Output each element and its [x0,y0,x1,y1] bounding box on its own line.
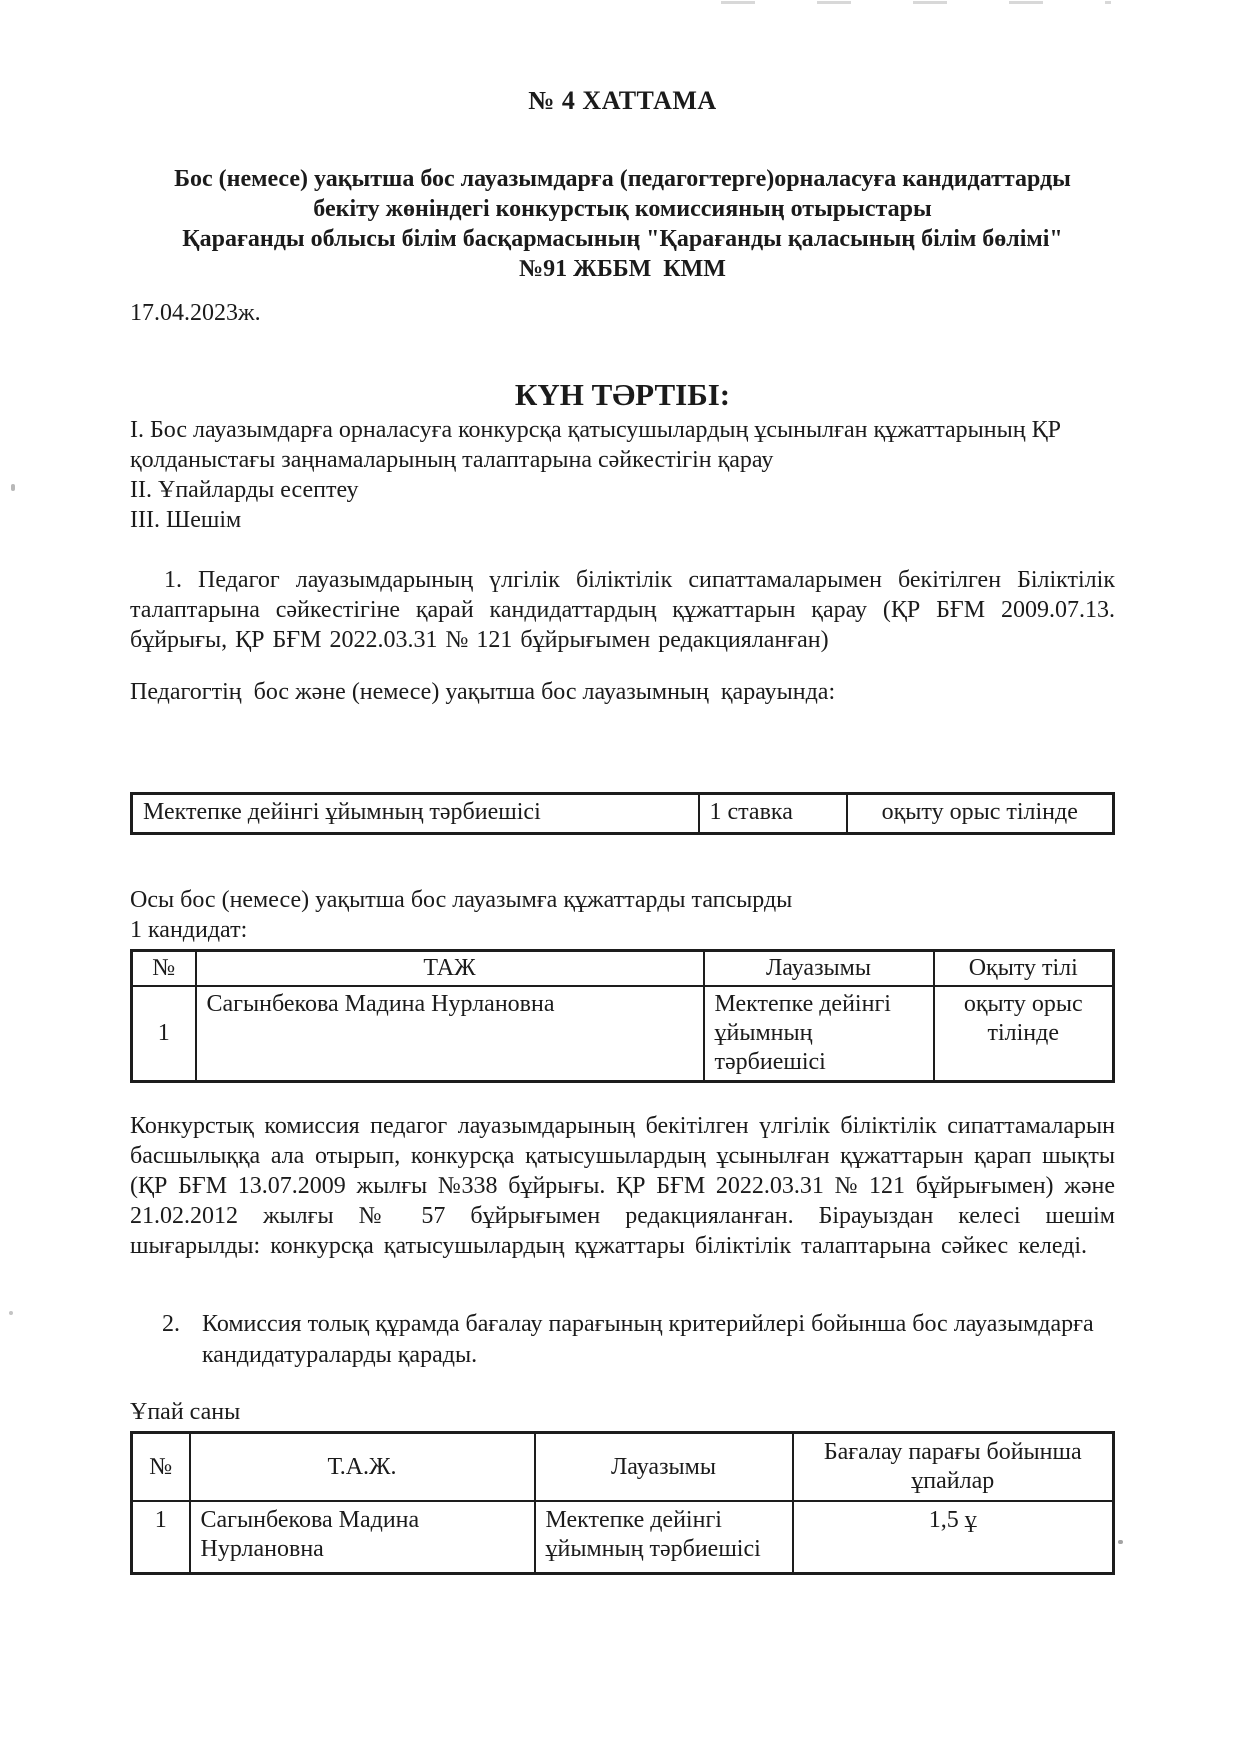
commission-decision-paragraph: Конкурстық комиссия педагог лауазымдарын… [130,1111,1115,1261]
score-table: № Т.А.Ж. Лауазымы Бағалау парағы бойынша… [130,1431,1115,1575]
vacancy-lead-text: Педагогтің бос және (немесе) уақытша бос… [130,679,1115,706]
agenda-heading: КҮН ТӘРТІБІ: [130,377,1115,413]
candidate-number-cell: 1 [132,986,196,1082]
column-header-name: Т.А.Ж. [190,1433,535,1502]
vacancy-language-cell: оқыту орыс тілінде [847,794,1114,834]
score-section-label: Ұпай саны [130,1399,1115,1426]
column-header-number: № [132,951,196,987]
column-header-name: ТАЖ [196,951,704,987]
agenda-item-2: II. Ұпайларды есептеу [130,475,1115,505]
submission-line: 1 кандидат: [130,915,1115,945]
table-row: 1 Сагынбекова Мадина Нурлановна Мектепке… [132,1501,1114,1574]
document-content: № 4 ХАТТАМА Бос (немесе) уақытша бос лау… [130,0,1115,1575]
candidates-table: № ТАЖ Лауазымы Оқыту тілі 1 Сагынбекова … [130,949,1115,1083]
header-line: Қарағанды облысы білім басқармасының "Қа… [130,224,1115,254]
candidate-language-cell: оқыту орыс тілінде [934,986,1114,1082]
agenda-item-3: III. Шешім [130,505,1115,535]
score-number-cell: 1 [132,1501,190,1574]
clause-2-paragraph: 2. Комиссия толық құрамда бағалау парағы… [130,1309,1115,1371]
document-date: 17.04.2023ж. [130,300,1115,327]
header-line: №91 ЖББМ КММ [130,254,1115,284]
scan-artifact-dot [9,1311,13,1315]
submission-lead: Осы бос (немесе) уақытша бос лауазымға қ… [130,885,1115,945]
clause-1-paragraph: 1. Педагог лауазымдарының үлгілік білікт… [130,565,1115,655]
score-position-cell: Мектепке дейінгі ұйымның тәрбиешісі [535,1501,793,1574]
score-value-cell: 1,5 ұ [793,1501,1114,1574]
vacancy-rate-cell: 1 ставка [699,794,847,834]
header-line: Бос (немесе) уақытша бос лауазымдарға (п… [130,164,1115,194]
submission-line: Осы бос (немесе) уақытша бос лауазымға қ… [130,885,1115,915]
column-header-language: Оқыту тілі [934,951,1114,987]
table-header-row: № Т.А.Ж. Лауазымы Бағалау парағы бойынша… [132,1433,1114,1502]
table-row: Мектепке дейінгі ұйымның тәрбиешісі 1 ст… [132,794,1114,834]
column-header-position: Лауазымы [704,951,934,987]
candidate-position-cell: Мектепке дейінгі ұйымның тәрбиешісі [704,986,934,1082]
column-header-score: Бағалау парағы бойынша ұпайлар [793,1433,1114,1502]
vacancy-position-cell: Мектепке дейінгі ұйымның тәрбиешісі [132,794,699,834]
scanned-document-page: № 4 ХАТТАМА Бос (немесе) уақытша бос лау… [0,0,1241,1754]
protocol-title: № 4 ХАТТАМА [130,86,1115,116]
scan-artifact-dot [1118,1540,1123,1544]
column-header-position: Лауазымы [535,1433,793,1502]
column-header-number: № [132,1433,190,1502]
table-row: 1 Сагынбекова Мадина Нурлановна Мектепке… [132,986,1114,1082]
clause-2-text: Комиссия толық құрамда бағалау парағының… [202,1311,1094,1368]
agenda-items: I. Бос лауазымдарға орналасуға конкурсқа… [130,415,1115,535]
table-header-row: № ТАЖ Лауазымы Оқыту тілі [132,951,1114,987]
agenda-item-1: I. Бос лауазымдарға орналасуға конкурсқа… [130,415,1115,475]
header-line: бекіту жөніндегі конкурстық комиссияның … [130,194,1115,224]
vacancy-table: Мектепке дейінгі ұйымның тәрбиешісі 1 ст… [130,792,1115,835]
candidate-name-cell: Сагынбекова Мадина Нурлановна [196,986,704,1082]
score-name-cell: Сагынбекова Мадина Нурлановна [190,1501,535,1574]
clause-2-number: 2. [162,1309,180,1340]
document-header-block: Бос (немесе) уақытша бос лауазымдарға (п… [130,164,1115,284]
scan-artifact-dot [11,484,15,491]
